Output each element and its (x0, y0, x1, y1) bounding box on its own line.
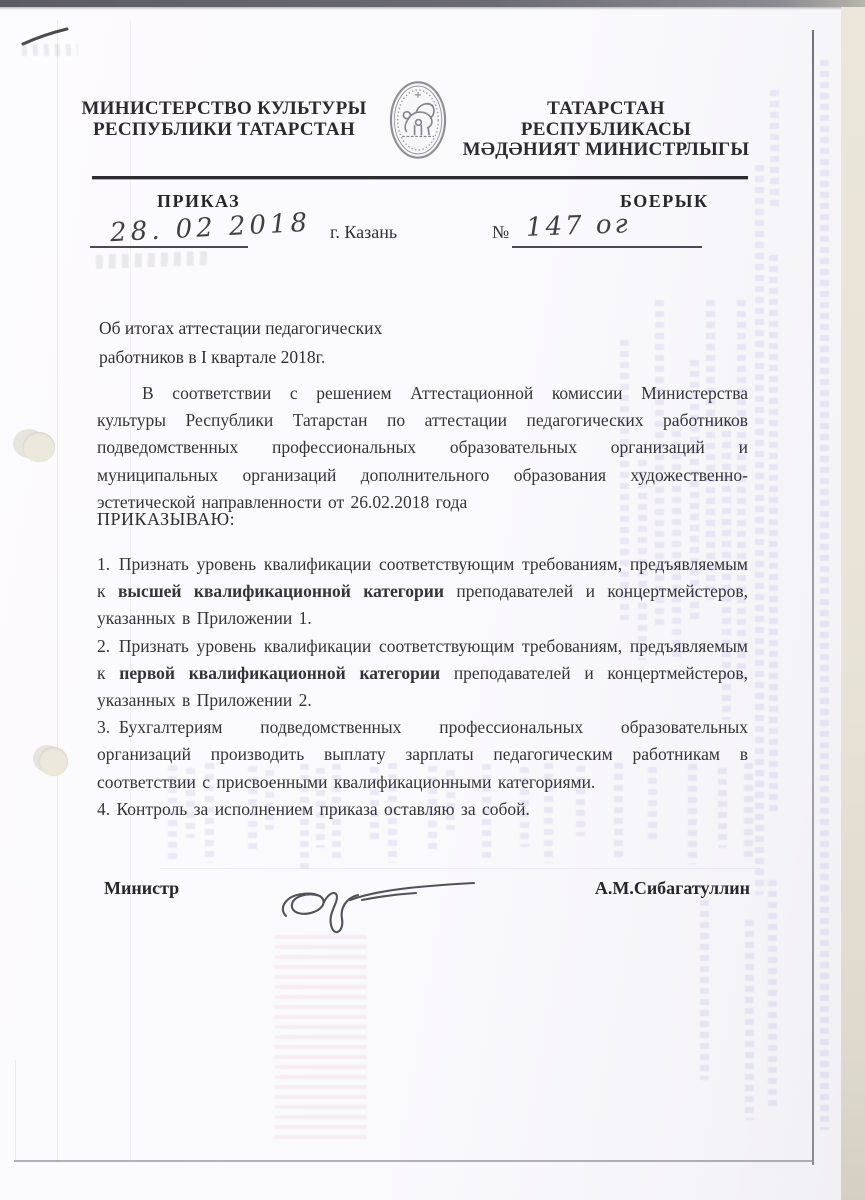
letterhead-rule (92, 176, 748, 179)
order-item-2: 2. Признать уровень квалификации соответ… (97, 633, 748, 715)
signer-title: Министр (104, 878, 179, 899)
scan-top-edge (0, 0, 865, 7)
bleed-through-text-strip (755, 165, 764, 895)
bleed-through-text-strip (770, 90, 779, 210)
bleed-through-text-strip (769, 255, 778, 815)
bleed-through-table-line (160, 868, 760, 869)
item-2-bold: первой квалификационной категории (119, 663, 440, 683)
org-name-tatar-line1: ТАТАРСТАН РЕСПУБЛИКАСЫ (460, 99, 752, 140)
order-label-tatar: БОЕРЫК (620, 191, 709, 212)
paper-crease (15, 1060, 16, 1160)
underlying-page-edge (812, 30, 814, 1165)
scan-top-edge-shadow (0, 7, 841, 10)
bleed-through-text-strip (768, 880, 777, 1110)
subject-block: Об итогах аттестации педагогических рабо… (99, 314, 459, 371)
page-bottom-shadow (14, 1160, 812, 1162)
punch-hole (23, 432, 55, 462)
scanned-order-document: МИНИСТЕРСТВО КУЛЬТУРЫ РЕСПУБЛИКИ ТАТАРСТ… (0, 0, 865, 1200)
bleed-through-text-patch (275, 935, 367, 1140)
bleed-through-text-strip (820, 60, 829, 1130)
item-4-text: 4. Контроль за исполнением приказа остав… (97, 799, 530, 819)
intro-paragraph: В соответствии с решением Аттестационной… (97, 380, 748, 516)
signer-name: А.М.Сибагатуллин (575, 878, 750, 899)
order-label-russian: ПРИКАЗ (157, 191, 240, 212)
org-name-tatar-line2: МӘДӘНИЯТ МИНИСТРЛЫГЫ (460, 140, 752, 161)
number-sign: № (492, 222, 509, 243)
item-3-text: 3. Бухгалтериям подведомственных професс… (97, 717, 748, 791)
paper-crease (57, 20, 58, 1162)
subject-line1: Об итогах аттестации педагогических (99, 314, 459, 343)
org-name-russian-line1: МИНИСТЕРСТВО КУЛЬТУРЫ (78, 99, 370, 120)
org-name-tatar: ТАТАРСТАН РЕСПУБЛИКАСЫ МӘДӘНИЯТ МИНИСТРЛ… (460, 99, 752, 161)
order-item-1: 1. Признать уровень квалификации соответ… (97, 551, 748, 633)
org-name-russian: МИНИСТЕРСТВО КУЛЬТУРЫ РЕСПУБЛИКИ ТАТАРСТ… (78, 99, 370, 140)
minister-signature-icon (278, 876, 480, 938)
order-item-3: 3. Бухгалтериям подведомственных професс… (97, 714, 748, 796)
org-name-russian-line2: РЕСПУБЛИКИ ТАТАРСТАН (78, 120, 370, 141)
number-underline (512, 246, 702, 248)
item-1-bold: высшей квалификационной категории (118, 581, 444, 601)
subject-line2: работников в I квартале 2018г. (99, 343, 459, 372)
order-item-4: 4. Контроль за исполнением приказа остав… (97, 796, 748, 823)
punch-hole (39, 747, 68, 776)
scanner-background (841, 0, 865, 1200)
date-underline (90, 246, 248, 248)
bleed-through-text-strip (700, 900, 709, 1080)
city-label: г. Казань (330, 222, 397, 243)
pencil-scribble (22, 44, 78, 56)
decree-word: ПРИКАЗЫВАЮ: (97, 509, 235, 530)
bleed-through-text-strip (745, 920, 754, 1120)
handwritten-order-number: 147 ог (526, 209, 632, 243)
order-items: 1. Признать уровень квалификации соответ… (97, 551, 748, 823)
tatarstan-coat-of-arms-icon (389, 80, 447, 160)
